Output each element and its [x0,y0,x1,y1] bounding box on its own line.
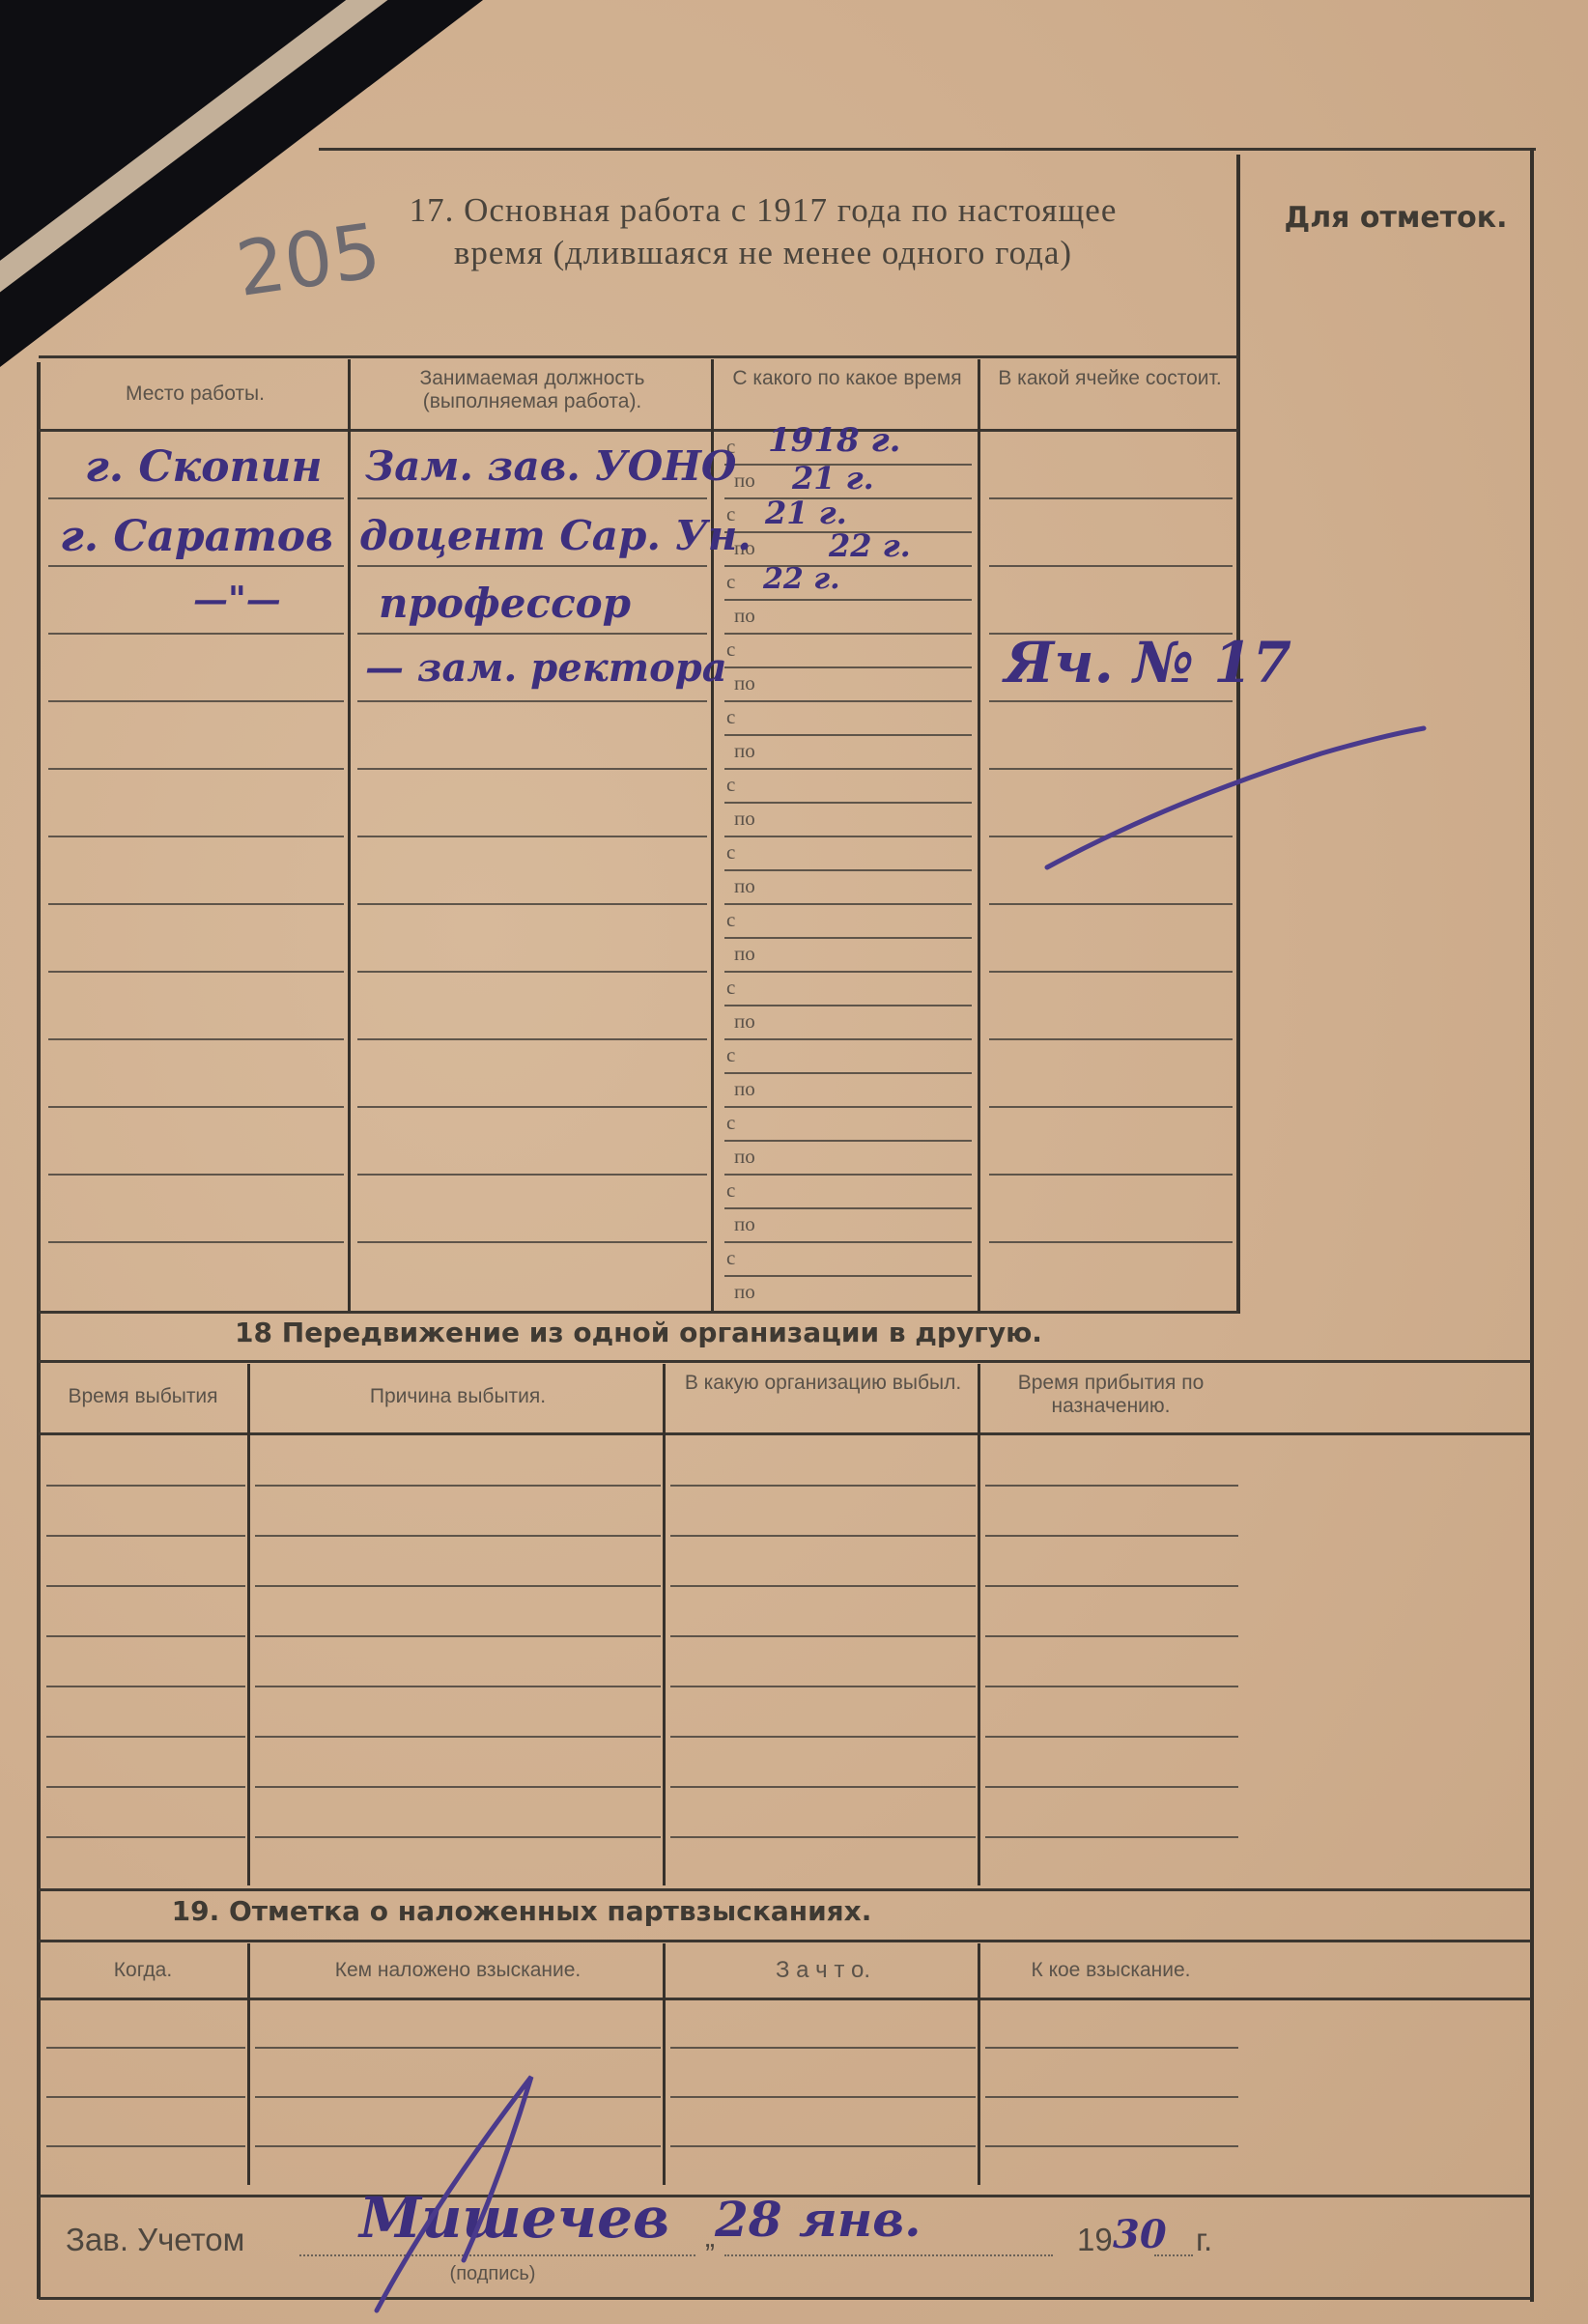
s17-col-divider-1 [348,359,351,1311]
to-label: по [734,942,755,966]
s19-row-line [46,2047,245,2049]
s18-row-line [255,1585,661,1587]
s18-row-line [670,1686,976,1687]
from-label: с [726,1246,735,1270]
to-label: по [734,1077,755,1101]
s18-row-line [255,1686,661,1687]
to-label: по [734,1280,755,1304]
s17-period-row-line [724,1275,972,1277]
s17-period-row-line [724,971,972,973]
section-17-header-bottom [39,429,1238,432]
from-label: с [726,840,735,864]
checkmark-stroke-icon [1034,715,1439,879]
s17-header-period: С какого по какое время [719,367,976,390]
s17-period-row-line [724,633,972,635]
s18-row-line [255,1836,661,1838]
s19-col-divider-1 [247,1943,250,2185]
s17-row2-place: г. Саратов [60,512,333,561]
s18-col-divider-1 [247,1364,250,1885]
from-label: с [726,638,735,662]
section-19-header-top [39,1940,1531,1942]
to-label: по [734,671,755,695]
s19-row-line [985,2096,1238,2098]
s18-row-line [670,1786,976,1788]
s17-period-row-line [724,768,972,770]
section-19-title: 19. Отметка о наложенных партвзысканиях. [39,1895,1005,1927]
from-label: с [726,773,735,797]
s19-row-line [985,2047,1238,2049]
s18-row-line [46,1736,245,1738]
date-day-month: 28 янв. [715,2191,921,2248]
section-18-top-line [39,1311,1238,1314]
s19-row-line [985,2145,1238,2147]
s17-period-row-line [724,836,972,837]
s17-row2-to: 22 г. [829,527,911,564]
s18-header-departure: Время выбытия [39,1385,247,1408]
from-label: с [726,976,735,1000]
s17-row1-position: Зам. зав. УОНО [365,442,736,490]
from-label: с [726,908,735,932]
s17-cell-row-line [989,1174,1233,1176]
section-17-header-top [39,355,1238,358]
to-label: по [734,604,755,628]
s18-row-line [46,1635,245,1637]
signature-flourish-icon [357,2057,580,2318]
s17-period-row-line [724,700,972,702]
s18-row-line [255,1535,661,1537]
year-suffix: 30 [1113,2212,1167,2257]
from-label: с [726,1043,735,1067]
s17-place-row-line [48,903,344,905]
s17-period-row-line [724,734,972,736]
s18-row-line [46,1485,245,1487]
s17-header-place: Место работы. [43,383,348,406]
footer-bottom-line [39,2297,1531,2300]
s17-place-row-line [48,497,344,499]
scan-background-corner [0,0,483,367]
s18-row-line [46,1585,245,1587]
s17-period-row-line [724,565,972,567]
s18-row-line [670,1535,976,1537]
s18-row-line [985,1635,1238,1637]
s19-header-for-what: З а ч т о. [670,1959,976,1982]
s17-row2-position: доцент Сар. Ун. [359,512,751,559]
s17-place-row-line [48,700,344,702]
s17-cell-row-line [989,1241,1233,1243]
section-18-header-bottom [39,1432,1531,1435]
s17-place-row-line [48,768,344,770]
to-label: по [734,1212,755,1236]
s18-row-line [255,1786,661,1788]
year-line [1154,2254,1193,2256]
s17-cell-row-line [989,971,1233,973]
s17-position-row-line [357,1038,707,1040]
s17-period-row-line [724,903,972,905]
s19-col-divider-3 [978,1943,980,2185]
marks-column-title: Для отметок. [1256,201,1536,235]
s18-header-reason: Причина выбытия. [253,1385,663,1408]
s18-row-line [985,1585,1238,1587]
s17-row2-from: 21 г. [765,495,847,531]
s19-row-line [46,2145,245,2147]
from-label: с [726,705,735,729]
s19-header-when: Когда. [39,1959,247,1982]
s17-place-row-line [48,565,344,567]
year-prefix: 19 [1077,2222,1113,2258]
s18-col-divider-2 [663,1364,666,1885]
s17-period-row-line [724,666,972,668]
s19-header-penalty: К кое взыскание. [983,1959,1238,1982]
s18-row-line [670,1585,976,1587]
s17-col-divider-3 [978,359,980,1311]
s18-row-line [46,1535,245,1537]
s17-row4-position: — зам. ректора [365,645,727,691]
s19-header-by-whom: Кем наложено взыскание. [253,1959,663,1982]
footer-label: Зав. Учетом [66,2222,244,2258]
s19-row-line [670,2047,976,2049]
s17-col-divider-2 [711,359,714,1311]
s19-row-line [255,2047,661,2049]
s17-place-row-line [48,1174,344,1176]
s17-position-row-line [357,633,707,635]
s17-place-row-line [48,1106,344,1108]
s18-row-line [670,1836,976,1838]
s17-place-row-line [48,1038,344,1040]
section-19-top-line [39,1888,1531,1891]
s17-row3-position: профессор [379,580,631,627]
s18-row-line [985,1736,1238,1738]
s17-row3-place: —"— [193,580,281,620]
s18-row-line [46,1836,245,1838]
s18-row-line [46,1686,245,1687]
s17-row1-from: 1918 г. [768,421,900,460]
s18-row-line [985,1836,1238,1838]
to-label: по [734,739,755,763]
s17-period-row-line [724,802,972,804]
s18-col-divider-3 [978,1364,980,1885]
s18-row-line [985,1686,1238,1687]
s17-place-row-line [48,633,344,635]
s18-row-line [255,1736,661,1738]
s18-header-destination: В какую организацию выбыл. [670,1372,976,1395]
s17-period-row-line [724,1140,972,1142]
s17-position-row-line [357,700,707,702]
s17-position-row-line [357,1174,707,1176]
s17-cell-row-line [989,497,1233,499]
s17-cell-row-line [989,1106,1233,1108]
s17-position-row-line [357,903,707,905]
s17-place-row-line [48,1241,344,1243]
to-label: по [734,807,755,831]
s17-cell-row-line [989,565,1233,567]
s17-place-row-line [48,836,344,837]
date-open-quote: „ [705,2222,715,2254]
s17-period-row-line [724,1207,972,1209]
s17-position-row-line [357,1241,707,1243]
from-label: с [726,570,735,594]
s17-period-row-line [724,1038,972,1040]
s17-period-row-line [724,599,972,601]
s17-cell-row-line [989,1038,1233,1040]
to-label: по [734,874,755,898]
s17-cell-note: Яч. № 17 [1005,630,1291,695]
year-unit: г. [1196,2222,1212,2258]
s17-cell-row-line [989,700,1233,702]
s18-row-line [46,1786,245,1788]
date-line [724,2254,1053,2256]
s17-position-row-line [357,565,707,567]
s19-col-divider-2 [663,1943,666,2185]
s18-row-line [670,1736,976,1738]
s17-period-row-line [724,1005,972,1006]
to-label: по [734,1009,755,1034]
s19-row-line [670,2145,976,2147]
section-19-header-bottom [39,1998,1531,2000]
frame-right-line [1530,148,1534,2302]
s17-period-row-line [724,869,972,871]
s18-row-line [670,1635,976,1637]
section-18-header-top [39,1360,1531,1363]
s18-row-line [985,1485,1238,1487]
s17-cell-row-line [989,903,1233,905]
frame-top-line [319,148,1536,151]
section-18-title: 18 Передвижение из одной организации в д… [39,1317,1238,1348]
to-label: по [734,1145,755,1169]
s17-period-row-line [724,1106,972,1108]
s17-position-row-line [357,836,707,837]
s17-row1-place: г. Скопин [85,442,323,492]
s19-row-line [670,2096,976,2098]
from-label: с [726,1111,735,1135]
section-17-title: 17. Основная работа с 1917 года по насто… [386,189,1140,274]
s18-row-line [985,1535,1238,1537]
s18-row-line [985,1786,1238,1788]
to-label: по [734,468,755,493]
s17-header-position: Занимаемая должность (выполняемая работа… [355,367,709,413]
s17-period-row-line [724,497,972,499]
s18-header-arrival: Время прибытия по назначению. [983,1372,1238,1418]
s18-row-line [670,1485,976,1487]
s17-position-row-line [357,971,707,973]
s17-header-cell: В какой ячейке состоит. [983,367,1236,390]
s17-position-row-line [357,768,707,770]
s17-row1-to: 21 г. [792,460,874,496]
s18-row-line [255,1635,661,1637]
s19-row-line [46,2096,245,2098]
s17-row3-from: 22 г. [763,562,840,596]
from-label: с [726,1178,735,1203]
s17-position-row-line [357,497,707,499]
s17-period-row-line [724,1174,972,1176]
s17-period-row-line [724,1241,972,1243]
s18-row-line [255,1485,661,1487]
s17-period-row-line [724,1072,972,1074]
s17-position-row-line [357,1106,707,1108]
s17-place-row-line [48,971,344,973]
s17-period-row-line [724,937,972,939]
